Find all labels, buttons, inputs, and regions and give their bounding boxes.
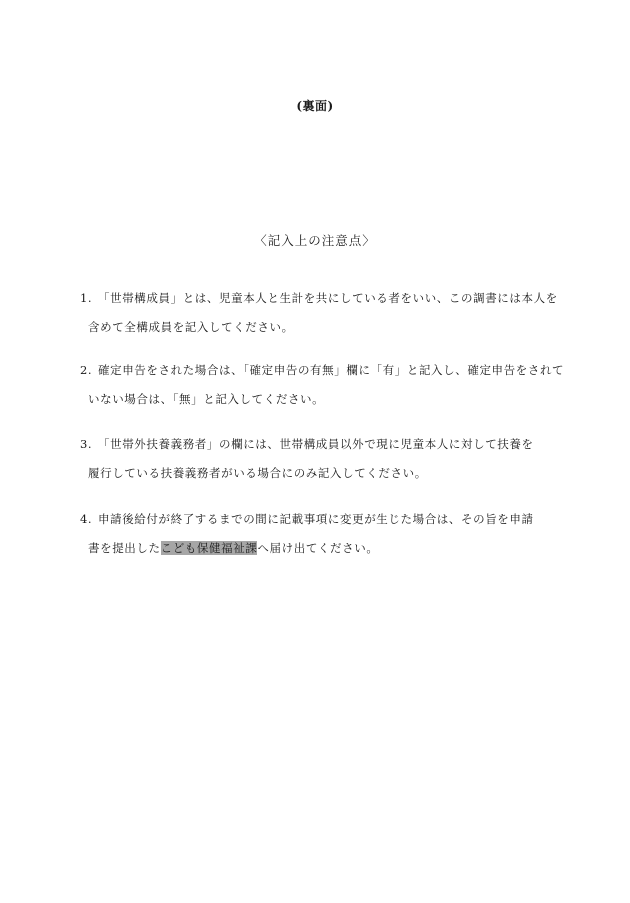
note-text: 確定申告をされた場合は、「確定申告の有無」欄に「有」と記入し、確定申告をされて (98, 363, 564, 377)
note-line: 書を提出したこども保健福祉課へ届け出てください。 (80, 539, 560, 557)
note-number: 4. (80, 510, 98, 528)
note-number: 3. (80, 435, 98, 453)
note-text: へ届け出てください。 (257, 541, 378, 555)
note-line: 履行している扶養義務者がいる場合にのみ記入してください。 (80, 464, 560, 482)
note-line: 2.確定申告をされた場合は、「確定申告の有無」欄に「有」と記入し、確定申告をされ… (80, 361, 560, 379)
note-item: 2.確定申告をされた場合は、「確定申告の有無」欄に「有」と記入し、確定申告をされ… (80, 361, 560, 408)
note-number: 2. (80, 361, 98, 379)
note-line: 1.「世帯構成員」とは、児童本人と生計を共にしている者をいい、この調書には本人を (80, 289, 560, 307)
note-line: 4.申請後給付が終了するまでの間に記載事項に変更が生じた場合は、その旨を申請 (80, 510, 560, 528)
note-line: 3.「世帯外扶養義務者」の欄には、世帯構成員以外で現に児童本人に対して扶養を (80, 435, 560, 453)
page-side-label: (裏面) (0, 97, 630, 114)
note-line: 含めて全構成員を記入してください。 (80, 318, 560, 336)
note-text: 書を提出した (88, 541, 161, 555)
note-text: 申請後給付が終了するまでの間に記載事項に変更が生じた場合は、その旨を申請 (98, 512, 534, 526)
note-line: いない場合は、「無」と記入してください。 (80, 390, 560, 408)
note-number: 1. (80, 289, 98, 307)
note-item: 4.申請後給付が終了するまでの間に記載事項に変更が生じた場合は、その旨を申請 書… (80, 510, 560, 557)
highlighted-department-name[interactable]: こども保健福祉課 (161, 541, 258, 555)
note-item: 3.「世帯外扶養義務者」の欄には、世帯構成員以外で現に児童本人に対して扶養を 履… (80, 435, 560, 482)
note-text: 「世帯外扶養義務者」の欄には、世帯構成員以外で現に児童本人に対して扶養を (98, 437, 534, 451)
document-page: (裏面) 〈記入上の注意点〉 1.「世帯構成員」とは、児童本人と生計を共にしてい… (0, 0, 630, 903)
section-title: 〈記入上の注意点〉 (0, 231, 630, 249)
note-text: 「世帯構成員」とは、児童本人と生計を共にしている者をいい、この調書には本人を (98, 291, 558, 305)
note-item: 1.「世帯構成員」とは、児童本人と生計を共にしている者をいい、この調書には本人を… (80, 289, 560, 336)
